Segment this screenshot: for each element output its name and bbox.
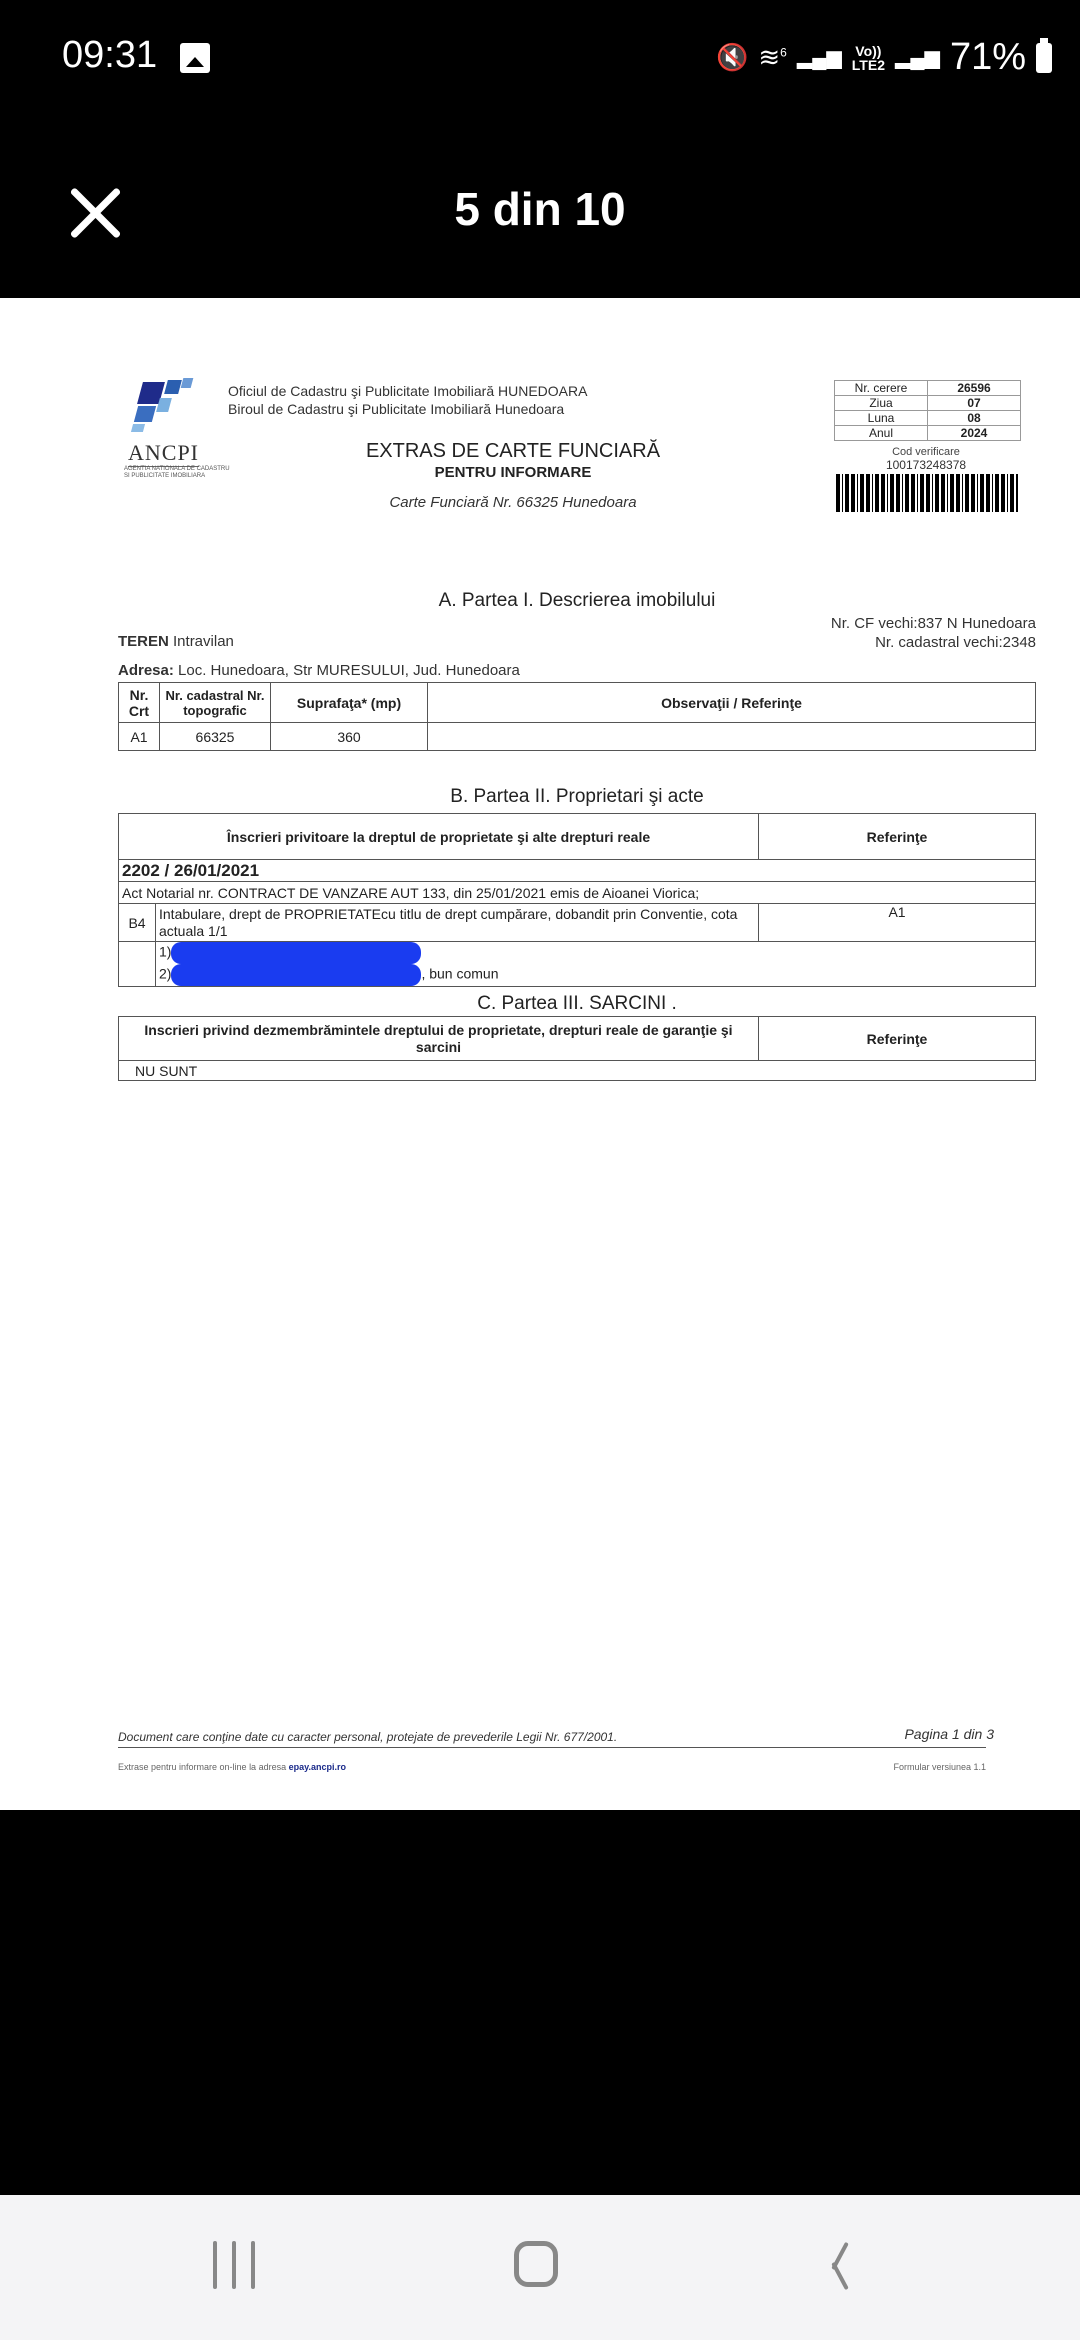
request-table: Nr. cerere26596 Ziua07 Luna08 Anul2024	[834, 380, 1021, 441]
back-icon[interactable]	[826, 2239, 866, 2291]
owners-table: Înscrieri privitoare la dreptul de propr…	[118, 813, 1036, 987]
part-c-title: C. Partea III. SARCINI .	[118, 993, 1036, 1015]
form-version: Formular versiunea 1.1	[893, 1762, 986, 1772]
logo-name: ANCPI	[128, 440, 199, 467]
clock: 09:31	[62, 34, 157, 77]
image-icon	[180, 43, 210, 73]
battery-percent: 71%	[950, 36, 1026, 79]
redacted-owner-1	[171, 942, 421, 964]
property-table: Nr. Crt Nr. cadastral Nr. topografic Sup…	[118, 682, 1036, 751]
property-type: TEREN Intravilan	[118, 633, 234, 650]
status-icons: 🔇 ≋6 ▂▄▆ Vo))LTE2 ▂▄▆ 71%	[716, 36, 1052, 79]
footer-divider	[118, 1747, 986, 1748]
cf-number: Carte Funciară Nr. 66325 Hunedoara	[333, 494, 693, 511]
logo-subtitle: AGENTIA NATIONALA DE CADASTRU SI PUBLICI…	[124, 466, 234, 480]
document-title: EXTRAS DE CARTE FUNCIARĂ	[333, 440, 693, 463]
document-subtitle: PENTRU INFORMARE	[333, 464, 693, 481]
recent-apps-icon[interactable]	[213, 2241, 257, 2289]
property-address: Adresa: Loc. Hunedoara, Str MURESULUI, J…	[118, 662, 520, 679]
charges-table: Inscrieri privind dezmembrămintele drept…	[118, 1016, 1036, 1081]
home-icon[interactable]	[514, 2241, 558, 2287]
status-bar: 09:31 🔇 ≋6 ▂▄▆ Vo))LTE2 ▂▄▆ 71%	[0, 0, 1080, 110]
vibrate-mute-icon: 🔇	[716, 42, 748, 73]
wifi-icon: ≋6	[758, 42, 786, 73]
office-name: Oficiul de Cadastru şi Publicitate Imobi…	[228, 382, 587, 418]
viewer-header: 5 din 10	[0, 150, 1080, 270]
old-cf-info: Nr. CF vechi:837 N Hunedoara Nr. cadastr…	[831, 614, 1036, 652]
part-b-title: B. Partea II. Proprietari şi acte	[118, 786, 1036, 808]
navigation-bar	[0, 2195, 1080, 2340]
cod-verificare-label: Cod verificare	[834, 446, 1018, 458]
signal-icon-2: ▂▄▆	[895, 45, 940, 70]
table-row: A1 66325 360	[119, 723, 1036, 751]
redacted-owner-2	[171, 964, 421, 986]
privacy-notice: Document care conţine date cu caracter p…	[118, 1730, 617, 1744]
barcode-icon	[836, 474, 1018, 512]
lte-indicator: Vo))LTE2	[852, 44, 885, 72]
table-row: B4 Intabulare, drept de PROPRIETATEcu ti…	[119, 904, 1036, 942]
battery-icon	[1036, 43, 1052, 73]
cod-verificare-value: 100173248378	[834, 458, 1018, 472]
image-counter: 5 din 10	[0, 182, 1080, 236]
page-indicator: Pagina 1 din 3	[904, 1726, 994, 1742]
online-notice: Extrase pentru informare on-line la adre…	[118, 1762, 346, 1772]
signal-icon: ▂▄▆	[797, 45, 842, 70]
document-image[interactable]: ANCPI AGENTIA NATIONALA DE CADASTRU SI P…	[0, 298, 1080, 1810]
part-a-title: A. Partea I. Descrierea imobilului	[118, 590, 1036, 612]
